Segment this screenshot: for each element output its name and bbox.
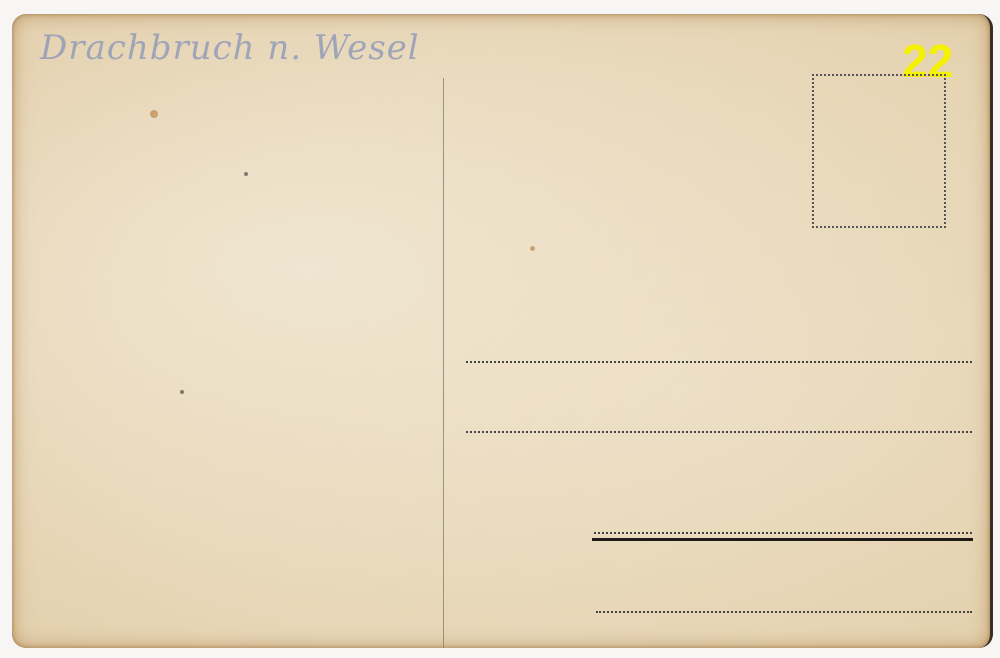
address-line-1: [466, 361, 972, 363]
stain: [180, 390, 184, 394]
stamp-box: [812, 74, 946, 228]
address-line-3: [594, 532, 972, 534]
address-line-4: [596, 611, 972, 613]
stain: [150, 110, 158, 118]
address-underline: [592, 538, 973, 541]
stain: [244, 172, 248, 176]
center-divider: [443, 78, 444, 648]
handwritten-note: Drachbruch n. Wesel: [40, 28, 420, 68]
stain: [530, 246, 535, 251]
address-line-2: [466, 431, 972, 433]
